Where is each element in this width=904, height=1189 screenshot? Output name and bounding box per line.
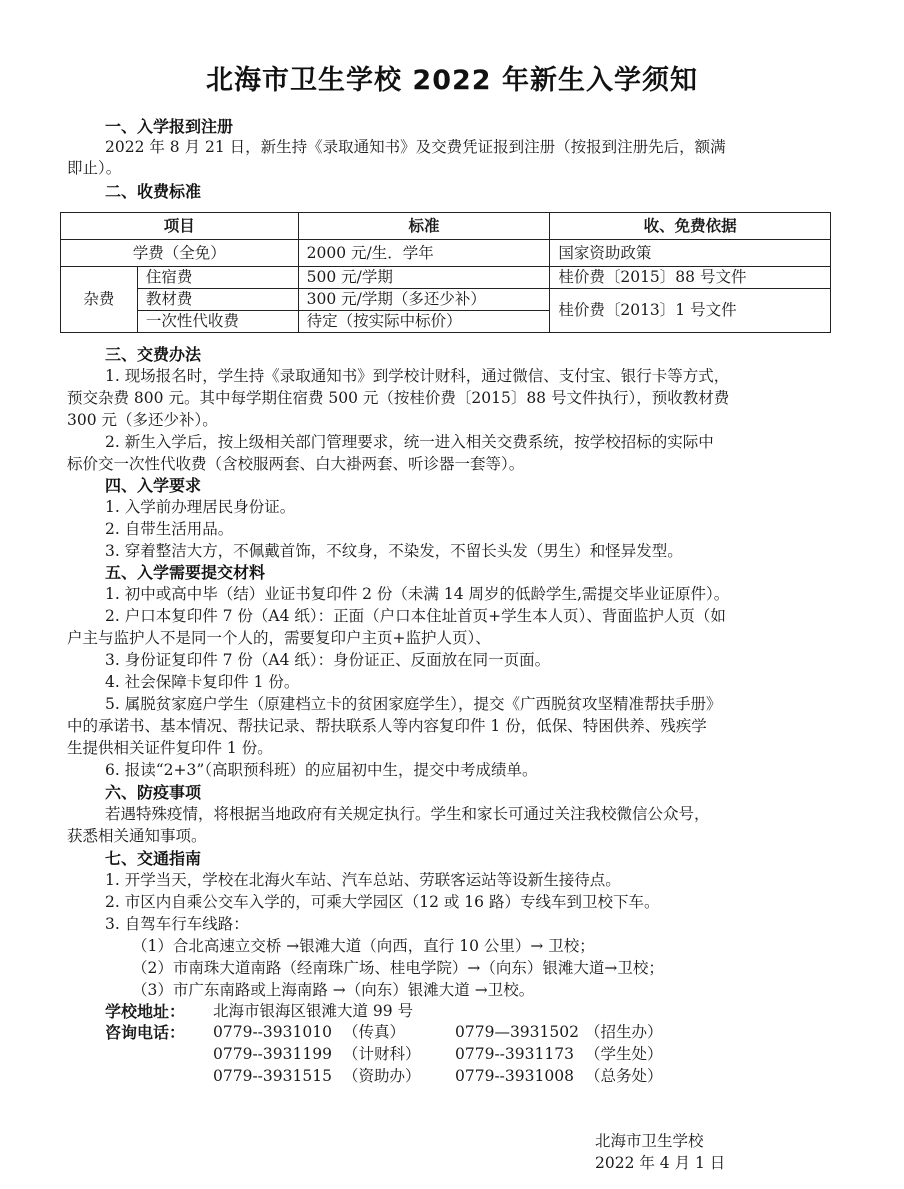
phone-dept: （传真） xyxy=(343,1022,405,1043)
paragraph-line: 1. 现场报名时，学生持《录取通知书》到学校计财科，通过微信、支付宝、银行卡等方… xyxy=(105,366,729,387)
address-value: 北海市银海区银滩大道 99 号 xyxy=(213,1001,413,1022)
table-header: 项目 xyxy=(61,213,299,240)
phone-number: 0779--3931199 xyxy=(213,1044,332,1065)
table-cell-item: 学费（全免） xyxy=(61,240,299,267)
phone-dept: （学生处） xyxy=(585,1044,663,1065)
paragraph-line: 2022 年 8 月 21 日，新生持《录取通知书》及交费凭证报到注册（按报到注… xyxy=(105,137,726,158)
paragraph-line: 即止）。 xyxy=(67,158,121,179)
paragraph-line: 若遇特殊疫情，将根据当地政府有关规定执行。学生和家长可通过关注我校微信公众号， xyxy=(105,804,710,825)
table-cell-basis: 桂价费〔2015〕88 号文件 xyxy=(550,267,831,289)
table-header: 收、免费依据 xyxy=(550,213,831,240)
table-header-row: 项目 标准 收、免费依据 xyxy=(61,213,831,240)
phone-number: 0779--3931515 xyxy=(213,1066,332,1087)
list-item: 2. 户口本复印件 7 份（A4 纸）：正面（户口本住址首页+学生本人页）、背面… xyxy=(105,606,726,627)
signature-org: 北海市卫生学校 xyxy=(595,1131,704,1152)
table-cell-item: 一次性代收费 xyxy=(137,311,298,333)
table-cell-group: 杂费 xyxy=(61,267,138,333)
list-item: 2. 自带生活用品。 xyxy=(105,519,233,540)
list-item: 1. 入学前办理居民身份证。 xyxy=(105,497,295,518)
phone-number: 0779--3931008 xyxy=(455,1066,574,1087)
list-item: 1. 开学当天，学校在北海火车站、汽车总站、劳联客运站等设新生接待点。 xyxy=(105,870,621,891)
table-row: 杂费 住宿费 500 元/学期 桂价费〔2015〕88 号文件 xyxy=(61,267,831,289)
list-item: 2. 市区内自乘公交车入学的，可乘大学园区（12 或 16 路）专线车到卫校下车… xyxy=(105,892,659,913)
phone-number: 0779--3931010 xyxy=(213,1022,332,1043)
list-item: 3. 穿着整洁大方，不佩戴首饰，不纹身，不染发，不留长头发（男生）和怪异发型。 xyxy=(105,541,683,562)
list-item-continued: 中的承诺书、基本情况、帮扶记录、帮扶联系人等内容复印件 1 份，低保、特困供养、… xyxy=(67,716,707,737)
route-item: （2）市南珠大道南路（经南珠广场、桂电学院）→（向东）银滩大道→卫校； xyxy=(132,958,664,979)
phone-label: 咨询电话： xyxy=(105,1022,185,1043)
signature-date: 2022 年 4 月 1 日 xyxy=(595,1153,725,1174)
table-cell-basis: 桂价费〔2013〕1 号文件 xyxy=(550,289,831,333)
table-cell-standard: 2000 元/生．学年 xyxy=(298,240,550,267)
address-label: 学校地址： xyxy=(105,1001,185,1022)
table-cell-item: 教材费 xyxy=(137,289,298,311)
section-heading-materials: 五、入学需要提交材料 xyxy=(105,562,265,583)
table-header: 标准 xyxy=(298,213,550,240)
paragraph-line: 预交杂费 800 元。其中每学期住宿费 500 元（按桂价费〔2015〕88 号… xyxy=(67,388,729,409)
section-heading-transport: 七、交通指南 xyxy=(105,848,201,869)
paragraph-line: 2. 新生入学后，按上级相关部门管理要求，统一进入相关交费系统，按学校招标的实际… xyxy=(105,432,714,453)
section-heading-fees: 二、收费标准 xyxy=(105,181,201,202)
list-item: 6. 报读“2+3”（高职预科班）的应届初中生，提交中考成绩单。 xyxy=(105,760,538,781)
list-item: 3. 自驾车行车线路： xyxy=(105,914,249,935)
table-cell-standard: 300 元/学期（多还少补） xyxy=(298,289,550,311)
phone-dept: （资助办） xyxy=(343,1066,421,1087)
phone-number: 0779—3931502 xyxy=(455,1022,579,1043)
document-title: 北海市卫生学校 2022 年新生入学须知 xyxy=(0,58,904,97)
phone-number: 0779--3931173 xyxy=(455,1044,574,1065)
list-item: 5. 属脱贫家庭户学生（原建档立卡的贫困家庭学生），提交《广西脱贫攻坚精准帮扶手… xyxy=(105,694,721,715)
list-item-continued: 户主与监护人不是同一个人的，需要复印户主页+监护人页）、 xyxy=(67,628,491,649)
paragraph-line: 获悉相关通知事项。 xyxy=(67,826,207,847)
list-item-continued: 生提供相关证件复印件 1 份。 xyxy=(67,738,273,759)
table-cell-basis: 国家资助政策 xyxy=(550,240,831,267)
list-item: 4. 社会保障卡复印件 1 份。 xyxy=(105,672,299,693)
phone-dept: （总务处） xyxy=(585,1066,663,1087)
section-heading-requirements: 四、入学要求 xyxy=(105,475,201,496)
route-item: （1）合北高速立交桥 →银滩大道（向西，直行 10 公里）→ 卫校； xyxy=(132,936,595,957)
table-row: 学费（全免） 2000 元/生．学年 国家资助政策 xyxy=(61,240,831,267)
table-cell-item: 住宿费 xyxy=(137,267,298,289)
table-cell-standard: 500 元/学期 xyxy=(298,267,550,289)
phone-dept: （招生办） xyxy=(585,1022,663,1043)
section-heading-payment: 三、交费办法 xyxy=(105,344,201,365)
paragraph-line: 300 元（多还少补）。 xyxy=(67,410,218,431)
list-item: 3. 身份证复印件 7 份（A4 纸）：身份证正、反面放在同一页面。 xyxy=(105,650,550,671)
route-item: （3）市广东南路或上海南路 →（向东）银滩大道 →卫校。 xyxy=(132,980,534,1001)
section-heading-epidemic: 六、防疫事项 xyxy=(105,782,201,803)
fee-table: 项目 标准 收、免费依据 学费（全免） 2000 元/生．学年 国家资助政策 杂… xyxy=(60,212,831,333)
section-heading-registration: 一、入学报到注册 xyxy=(105,116,233,137)
phone-dept: （计财科） xyxy=(343,1044,421,1065)
list-item: 1. 初中或高中毕（结）业证书复印件 2 份（未满 14 周岁的低龄学生,需提交… xyxy=(105,584,729,605)
paragraph-line: 标价交一次性代收费（含校服两套、白大褂两套、听诊器一套等）。 xyxy=(67,454,524,475)
table-row: 教材费 300 元/学期（多还少补） 桂价费〔2013〕1 号文件 xyxy=(61,289,831,311)
table-cell-standard: 待定（按实际中标价） xyxy=(298,311,550,333)
